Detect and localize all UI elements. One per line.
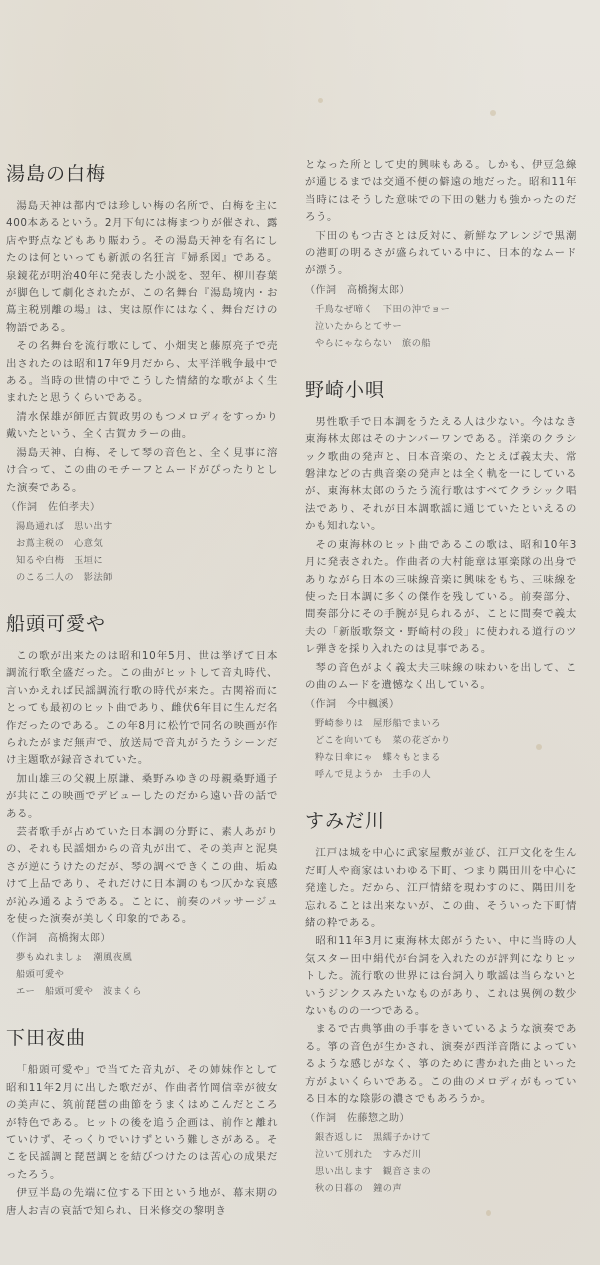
body-paragraph: 琴の音色がよく義太夫三味線の味わいを出して、この曲のムードを遺憾なく出している。	[305, 660, 577, 695]
paper-stain	[486, 1210, 491, 1216]
lyric-line: エー 船頭可愛や 波まくら	[16, 983, 278, 1000]
lyricist-credit: （作詞 高橋掬太郎）	[305, 282, 577, 299]
lyric-line: 知るや白梅 玉垣に	[16, 552, 278, 569]
lyric-line: 夢もぬれましょ 潮風夜風	[16, 949, 278, 966]
section-title: 野崎小唄	[305, 378, 577, 402]
right-column: となった所として史的興味もある。しかも、伊豆急線が通じるまでは交通不便の僻遠の地…	[305, 157, 577, 1197]
body-paragraph: その名舞台を流行歌にして、小畑実と藤原亮子で売出されたのは昭和17年9月だから、…	[6, 338, 278, 408]
body-paragraph: 湯島天神は都内では珍しい梅の名所で、白梅を主に 400本あるという。2月下旬には…	[6, 198, 278, 337]
paper-stain	[490, 110, 496, 116]
body-paragraph: 芸者歌手が占めていた日本調の分野に、素人あがりの、それも民謡畑からの音丸が出て、…	[6, 824, 278, 928]
section-title: すみだ川	[305, 809, 577, 833]
body-paragraph: 清水保雄が師匠古賀政男のもつメロディをすっかり戴いたという、全く古賀カラーの曲。	[6, 409, 278, 444]
body-paragraph: 伊豆半島の先端に位する下田という地が、幕末期の唐人お吉の哀話で知られ、日米修交の…	[6, 1185, 278, 1220]
body-paragraph: となった所として史的興味もある。しかも、伊豆急線が通じるまでは交通不便の僻遠の地…	[305, 157, 577, 227]
liner-notes-page: 湯島の白梅 湯島天神は都内では珍しい梅の名所で、白梅を主に 400本あるという。…	[0, 0, 600, 1265]
lyric-line: 千鳥なぜ啼く 下田の沖でョー	[315, 301, 577, 318]
lyricist-credit: （作詞 今中楓溪）	[305, 696, 577, 713]
lyric-line: 秋の日暮の 鐘の声	[315, 1180, 577, 1197]
lyricist-credit: （作詞 佐藤惣之助）	[305, 1110, 577, 1127]
lyric-line: 思い出します 観音さまの	[315, 1163, 577, 1180]
body-paragraph: この歌が出来たのは昭和10年5月、世は挙げて日本調流行歌全盛だった。この曲がヒッ…	[6, 648, 278, 770]
left-column: 湯島の白梅 湯島天神は都内では珍しい梅の名所で、白梅を主に 400本あるという。…	[6, 158, 278, 1221]
section-nozaki-kouta: 野崎小唄 男性歌手で日本調をうたえる人は少ない。今はなき東海林太郎はそのナンバー…	[305, 378, 577, 784]
body-paragraph: 湯島天神、白梅、そして琴の音色と、全く見事に溶け合って、この曲のモチーフとムード…	[6, 445, 278, 497]
lyric-line: お蔦主税の 心意気	[16, 535, 278, 552]
lyric-line: やらにゃならない 旅の船	[315, 335, 577, 352]
lyric-line: のこる二人の 影法師	[16, 569, 278, 586]
lyric-line: 呼んで見ようか 土手の人	[315, 766, 577, 783]
lyric-line: どこを向いても 菜の花ざかり	[315, 732, 577, 749]
lyricist-credit: （作詞 佐伯孝夫）	[6, 499, 278, 516]
paper-stain	[318, 98, 323, 103]
section-shimoda-yakyoku-continued: となった所として史的興味もある。しかも、伊豆急線が通じるまでは交通不便の僻遠の地…	[305, 157, 577, 352]
body-paragraph: 男性歌手で日本調をうたえる人は少ない。今はなき東海林太郎はそのナンバーワンである…	[305, 414, 577, 536]
section-sendou-kawaiya: 船頭可愛や この歌が出来たのは昭和10年5月、世は挙げて日本調流行歌全盛だった。…	[6, 612, 278, 1001]
body-paragraph: まるで古典箏曲の手事をきいているような演奏である。箏の音色が生かされ、演奏が西洋…	[305, 1021, 577, 1108]
section-shimoda-yakyoku: 下田夜曲 「船頭可愛や」で当てた音丸が、その姉妹作として昭和11年2月に出した歌…	[6, 1026, 278, 1220]
section-title: 下田夜曲	[6, 1026, 278, 1050]
body-paragraph: 加山雄三の父親上原謙、桑野みゆきの母親桑野通子が共にこの映画でデビューしたのだか…	[6, 771, 278, 823]
lyric-line: 野崎参りは 屋形船でまいろ	[315, 715, 577, 732]
lyric-line: 泣いて別れた すみだ川	[315, 1146, 577, 1163]
lyric-line: 船頭可愛や	[16, 966, 278, 983]
section-title: 船頭可愛や	[6, 612, 278, 636]
body-paragraph: 江戸は城を中心に武家屋敷が並び、江戸文化を生んだ町人や商家はいわゆる下町、つまり…	[305, 845, 577, 932]
body-paragraph: その東海林のヒット曲であるこの歌は、昭和10年3月に発表された。作曲者の大村能章…	[305, 537, 577, 659]
section-title: 湯島の白梅	[6, 162, 278, 186]
lyric-line: 湯島通れば 思い出す	[16, 518, 278, 535]
lyric-line: 銀杏返しに 黒繻子かけて	[315, 1129, 577, 1146]
body-paragraph: 下田のもつ古さとは反対に、新鮮なアレンジで黒潮の港町の明るさが盛られている中に、…	[305, 228, 577, 280]
lyric-line: 粋な日傘にゃ 蝶々もとまる	[315, 749, 577, 766]
lyric-line: 泣いたからとてサー	[315, 318, 577, 335]
section-yushima-no-shiraume: 湯島の白梅 湯島天神は都内では珍しい梅の名所で、白梅を主に 400本あるという。…	[6, 162, 278, 586]
lyricist-credit: （作詞 高橋掬太郎）	[6, 930, 278, 947]
body-paragraph: 「船頭可愛や」で当てた音丸が、その姉妹作として昭和11年2月に出した歌だが、作曲…	[6, 1062, 278, 1184]
body-paragraph: 昭和11年3月に東海林太郎がうたい、中に当時の人気スター田中絹代が台詞を入れたの…	[305, 933, 577, 1020]
section-sumidagawa: すみだ川 江戸は城を中心に武家屋敷が並び、江戸文化を生んだ町人や商家はいわゆる下…	[305, 809, 577, 1197]
